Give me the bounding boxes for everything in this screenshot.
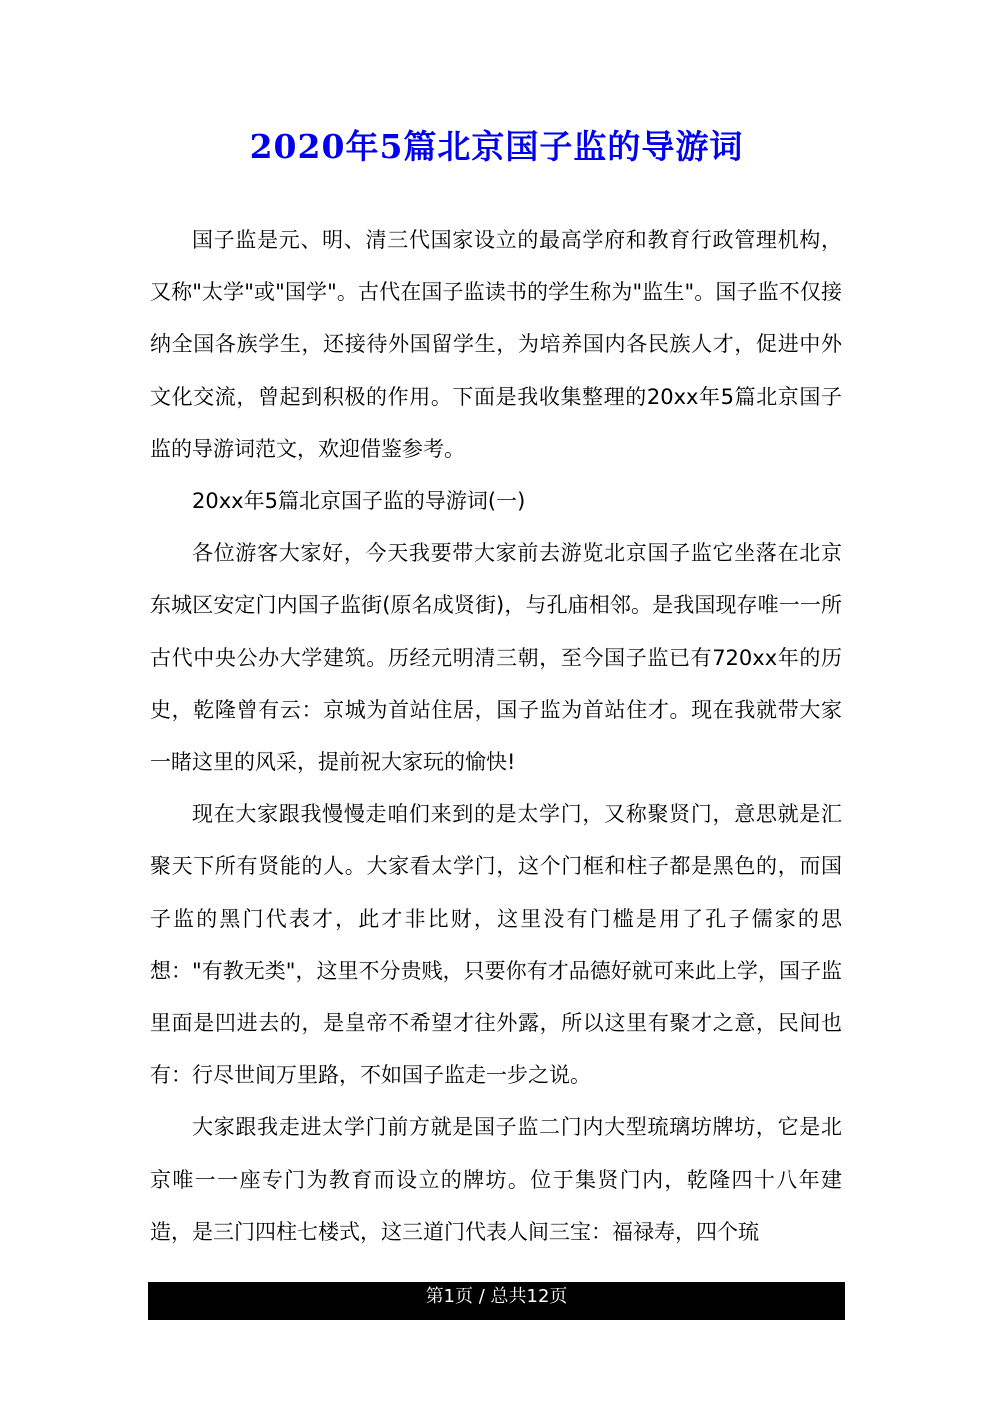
intro-paragraph: 国子监是元、明、清三代国家设立的最高学府和教育行政管理机构，又称"太学"或"国学… [150,214,842,475]
section-heading: 20xx年5篇北京国子监的导游词(一) [150,475,842,527]
body-paragraph: 现在大家跟我慢慢走咱们来到的是太学门，又称聚贤门，意思就是汇聚天下所有贤能的人。… [150,788,842,1101]
page-indicator: 第1页 / 总共12页 [426,1283,568,1311]
body-paragraph: 大家跟我走进太学门前方就是国子监二门内大型琉璃坊牌坊，它是北京唯一一座专门为教育… [150,1101,842,1258]
document-title: 2020年5篇北京国子监的导游词 [0,122,993,172]
body-paragraph: 各位游客大家好，今天我要带大家前去游览北京国子监它坐落在北京东城区安定门内国子监… [150,527,842,788]
page-footer: 第1页 / 总共12页 [148,1282,845,1320]
document-body: 国子监是元、明、清三代国家设立的最高学府和教育行政管理机构，又称"太学"或"国学… [150,214,842,1258]
